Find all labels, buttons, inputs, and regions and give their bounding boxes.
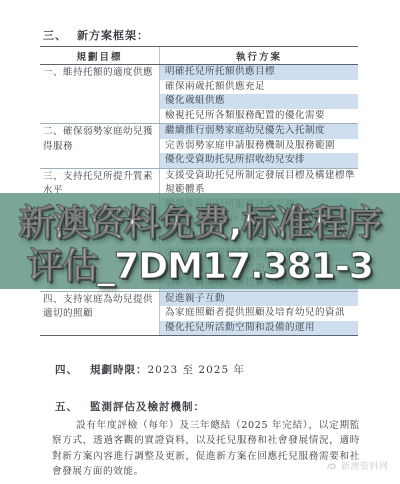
section3-heading: 三、新方案框架： [43, 27, 149, 43]
table-section: 二、確保弱勢家庭幼兒獲得服務繼續推行弱勢家庭幼兒優先入托制度完善弱勢家庭申請服務… [40, 123, 358, 168]
section4-label: 規劃時限： [90, 364, 148, 376]
action-row: 完善弱勢家庭申請服務機制及服務範圍 [160, 139, 358, 154]
watermark-text: 新澳资料网 [341, 459, 389, 472]
section3-number: 三、 [43, 29, 67, 42]
banner-text-line2: 评估_7DM17.381-3 [27, 245, 373, 288]
section4-heading: 四、規劃時限：2023 至 2025 年 [55, 362, 245, 377]
action-row: 優化托兒所活動空間和設備的運用 [160, 321, 358, 336]
document-page: 三、新方案框架： 規劃目標 執行方案 一、維持托額的適度供應明確托兒所托額供應目… [0, 0, 400, 484]
table-section: 一、維持托額的適度供應明確托兒所托額供應目標確保兩歲托額供應充足優化歲組供應檢視… [40, 65, 358, 123]
action-rows: 明確托兒所托額供應目標確保兩歲托額供應充足優化歲組供應檢視托兒所各類服務配置的優… [160, 65, 358, 123]
section4-number: 四、 [55, 364, 78, 376]
section4-value: 2023 至 2025 年 [148, 364, 245, 376]
swirl-logo-icon [326, 460, 338, 472]
promo-banner-overlay: 新澳资料免费,标准程序 评估_7DM17.381-3 [0, 193, 400, 289]
banner-text-line1: 新澳资料免费,标准程序 [19, 202, 382, 245]
table-section: 四、支持家庭為幼兒提供適切的照顧促進親子互動為家庭照顧者提供照顧及培育幼兒的資訊… [40, 291, 358, 336]
table-header-row: 規劃目標 執行方案 [40, 46, 358, 65]
plan-framework-table: 規劃目標 執行方案 一、維持托額的適度供應明確托兒所托額供應目標確保兩歲托額供應… [40, 46, 358, 336]
action-row: 檢視托兒所各類服務配置的優化需要 [160, 109, 358, 124]
action-rows: 繼續推行弱勢家庭幼兒優先入托制度完善弱勢家庭申請服務機制及服務範圍優化受資助托兒… [160, 124, 358, 168]
goal-column-header: 規劃目標 [40, 47, 160, 64]
monitoring-paragraph: 設有年度評檢（每年）及三年總結（2025 年完結），以定期監察方式，透過客觀的實… [52, 418, 360, 479]
section3-title: 新方案框架： [77, 29, 149, 42]
action-row: 優化歲組供應 [160, 94, 358, 109]
action-rows: 促進親子互動為家庭照顧者提供照顧及培育幼兒的資訊優化托兒所活動空間和設備的運用 [160, 292, 358, 336]
action-row: 促進親子互動 [160, 292, 358, 307]
goal-label: 四、支持家庭為幼兒提供適切的照顧 [40, 292, 160, 336]
section5-heading: 五、監測評估及檢討機制： [55, 399, 205, 414]
goal-label: 二、確保弱勢家庭幼兒獲得服務 [40, 124, 160, 168]
action-row: 為家庭照顧者提供照顧及培育幼兒的資訊 [160, 306, 358, 321]
action-row: 優化受資助托兒所招收幼兒安排 [160, 153, 358, 168]
action-row: 確保兩歲托額供應充足 [160, 80, 358, 95]
action-row: 繼續推行弱勢家庭幼兒優先入托制度 [160, 124, 358, 139]
watermark: 新澳资料网 [326, 459, 389, 472]
section5-number: 五、 [55, 401, 78, 413]
action-row: 明確托兒所托額供應目標 [160, 65, 358, 80]
goal-label: 一、維持托額的適度供應 [40, 65, 160, 123]
action-column-header: 執行方案 [160, 49, 358, 63]
section5-label: 監測評估及檢討機制： [90, 401, 205, 413]
